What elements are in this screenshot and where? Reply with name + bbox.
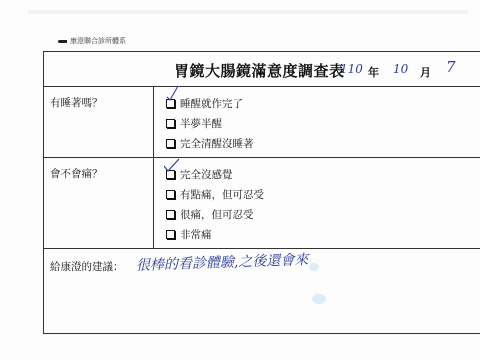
- survey-table: 胃鏡大腸鏡滿意度調查表 110 年 10 月 7 有睡著嗎？ 睡醒就作完了: [43, 51, 480, 334]
- checkbox-checked[interactable]: [166, 170, 175, 179]
- date-year-label: 年: [368, 64, 379, 80]
- suggestion-label: 給康澄的建議：: [50, 259, 124, 274]
- option-item[interactable]: 睡醒就作完了: [166, 93, 254, 113]
- title-row: 胃鏡大腸鏡滿意度調查表 110 年 10 月 7: [44, 52, 480, 87]
- option-label: 睡醒就作完了: [180, 96, 243, 111]
- options-list: 完全沒感覺 有點痛，但可忍受 很痛，但可忍受 非常痛: [166, 164, 264, 244]
- date-year-value: 110: [340, 62, 363, 76]
- date-day-value: 7: [446, 58, 456, 76]
- option-label: 有點痛，但可忍受: [180, 187, 264, 202]
- organization-name: 康澄聯合診所體系: [70, 36, 126, 46]
- option-item[interactable]: 很痛，但可忍受: [166, 204, 264, 224]
- suggestion-handwritten-text[interactable]: 很棒的看診體驗,之後還會來: [136, 249, 309, 275]
- scanned-survey-form: 康澄聯合診所體系 胃鏡大腸鏡滿意度調查表 110 年 10 月 7 有睡著嗎？ …: [0, 0, 480, 360]
- clinic-logo-icon: [58, 40, 67, 43]
- checkbox[interactable]: [166, 139, 175, 148]
- option-label: 很痛，但可忍受: [180, 207, 254, 222]
- question-cell: 有睡著嗎？: [44, 87, 154, 157]
- checkbox-checked[interactable]: [166, 99, 175, 108]
- checkbox[interactable]: [166, 190, 175, 199]
- checkbox[interactable]: [166, 230, 175, 239]
- suggestion-row: 給康澄的建議： 很棒的看診體驗,之後還會來: [44, 249, 480, 335]
- question-cell: 會不會痛？: [44, 158, 154, 248]
- checkbox[interactable]: [166, 119, 175, 128]
- date-month-label: 月: [420, 64, 431, 80]
- form-title: 胃鏡大腸鏡滿意度調查表: [174, 60, 345, 81]
- scan-artifact: [309, 263, 319, 271]
- option-label: 完全清醒沒睡著: [180, 136, 254, 151]
- date-month-value: 10: [393, 62, 408, 76]
- option-label: 非常痛: [180, 227, 212, 242]
- question-label: 有睡著嗎？: [50, 95, 103, 110]
- option-label: 完全沒感覺: [180, 167, 233, 182]
- scan-artifact: [312, 294, 326, 304]
- options-list: 睡醒就作完了 半夢半醒 完全清醒沒睡著: [166, 93, 254, 153]
- option-item[interactable]: 非常痛: [166, 224, 264, 244]
- organization-header: 康澄聯合診所體系: [58, 36, 126, 46]
- scan-artifact: [28, 10, 468, 14]
- option-item[interactable]: 半夢半醒: [166, 113, 254, 133]
- option-label: 半夢半醒: [180, 116, 222, 131]
- option-item[interactable]: 完全沒感覺: [166, 164, 264, 184]
- option-item[interactable]: 有點痛，但可忍受: [166, 184, 264, 204]
- question-row-sleep: 有睡著嗎？ 睡醒就作完了 半夢半醒 完全清醒沒睡著: [44, 87, 480, 158]
- question-label: 會不會痛？: [50, 166, 103, 181]
- checkbox[interactable]: [166, 210, 175, 219]
- question-row-pain: 會不會痛？ 完全沒感覺 有點痛，但可忍受 很痛，但可忍受: [44, 158, 480, 249]
- option-item[interactable]: 完全清醒沒睡著: [166, 133, 254, 153]
